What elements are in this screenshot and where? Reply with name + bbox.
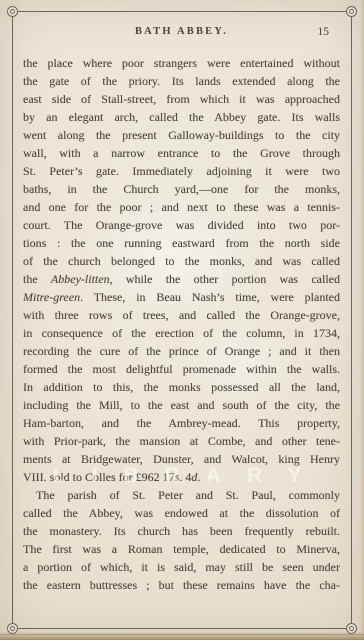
page-title: BATH ABBEY. [23, 26, 340, 37]
text-line: The parish of St. Peter and St. Paul, co… [23, 486, 340, 504]
text-line: formed the most delightful promenade wit… [23, 360, 340, 378]
page-edge-shadow-right [360, 0, 364, 640]
text-line: the Abbey-litten, while the other portio… [23, 270, 340, 288]
running-head: BATH ABBEY. 15 [23, 26, 340, 42]
text-line: the place where poor strangers were ente… [23, 54, 340, 72]
text-line: baths, in the Church yard,—one for the m… [23, 180, 340, 198]
text-line: with Prior-park, the mansion at Combe, a… [23, 432, 340, 450]
text-line: by an elegant arch, called the Abbey gat… [23, 108, 340, 126]
text-line: Ham-barton, and the Ambrey-mead. This pr… [23, 414, 340, 432]
page-content: BATH ABBEY. 15 the place where poor stra… [23, 0, 340, 640]
text-line: the gate of the priory. Its lands extend… [23, 72, 340, 90]
text-line: ments at Bridgewater, Dunster, and Walco… [23, 450, 340, 468]
corner-ornament-icon [7, 6, 18, 17]
text-line: including the Mill, to the east and sout… [23, 396, 340, 414]
page-text: the place where poor strangers were ente… [23, 54, 340, 594]
text-line: called the Abbey, was endowed at the dis… [23, 504, 340, 522]
text-line: in consequence of the erection of the co… [23, 324, 340, 342]
text-line: of the church belonged to the monks, and… [23, 252, 340, 270]
text-line: the monastery. Its church has been frequ… [23, 522, 340, 540]
text-line: In addition to this, the monks possessed… [23, 378, 340, 396]
text-line: court. The Orange-grove was divided into… [23, 216, 340, 234]
text-line: with three rows of trees, and called the… [23, 306, 340, 324]
scanned-book-page: BATH ABBEY. 15 the place where poor stra… [0, 0, 364, 640]
text-line: wall, with a narrow entrance to the Grov… [23, 144, 340, 162]
page-edge-shadow [0, 631, 364, 640]
text-line: went along the present Galloway-building… [23, 126, 340, 144]
text-line: the eastern buttresses ; but these remai… [23, 576, 340, 594]
text-line: and one for the poor ; and next to these… [23, 198, 340, 216]
text-line: VIII. sold to Colles for £962 17s. 4d. [23, 468, 340, 486]
page-number: 15 [318, 26, 330, 38]
text-line: The first was a Roman temple, dedicated … [23, 540, 340, 558]
text-line: a portion of which, it is said, may stil… [23, 558, 340, 576]
text-line: tions : the one running eastward from th… [23, 234, 340, 252]
corner-ornament-icon [346, 6, 357, 17]
text-line: east side of Stall-street, from which it… [23, 90, 340, 108]
text-line: recording the cure of the prince of Oran… [23, 342, 340, 360]
text-line: St. Peter’s gate. Immediately adjoining … [23, 162, 340, 180]
text-line: Mitre-green. These, in Beau Nash’s time,… [23, 288, 340, 306]
